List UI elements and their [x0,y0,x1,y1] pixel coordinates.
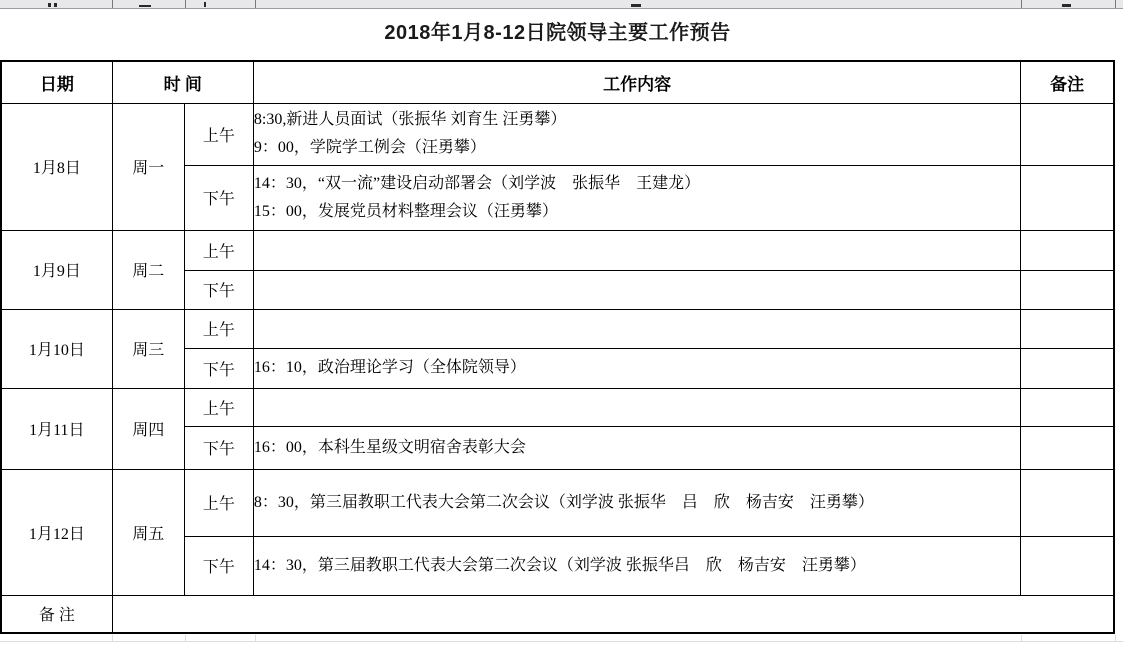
clipped-text-artifact [139,5,151,7]
period-cell-am[interactable]: 上午 [184,230,253,270]
period-cell-pm[interactable]: 下午 [184,165,253,230]
clipped-text-artifact [54,3,57,7]
worksheet: 2018年1月8-12日院领导主要工作预告 日期 时 间 工作内容 备注 1月8… [0,0,1123,645]
content-cell[interactable]: 16：00，本科生星级文明宿舍表彰大会 [253,426,1020,469]
schedule-entry: 16：00，本科生星级文明宿舍表彰大会 [254,434,1020,462]
weekday-cell[interactable]: 周一 [112,103,184,230]
content-cell[interactable] [253,270,1020,309]
gridline [1115,635,1116,642]
content-cell[interactable]: 14：30，第三届教职工代表大会第二次会议（刘学波 张振华吕 欣 杨吉安 汪勇攀… [253,536,1020,595]
weekday-cell[interactable]: 周五 [112,469,184,595]
content-cell[interactable]: 8:30,新进人员面试（张振华 刘育生 汪勇攀） 9：00，学院学工例会（汪勇攀… [253,103,1020,165]
schedule-table: 日期 时 间 工作内容 备注 1月8日 周一 上午 8:30,新进人员面试（张振… [0,60,1115,634]
content-cell[interactable] [253,388,1020,426]
date-cell[interactable]: 1月10日 [1,309,112,388]
schedule-entry: 8:30,新进人员面试（张振华 刘育生 汪勇攀） [254,106,1020,134]
table-row: 1月10日 周三 上午 [1,309,1114,348]
remark-cell[interactable] [1021,230,1114,270]
gridline [112,635,113,642]
column-gridline [1021,0,1022,8]
column-gridline [1115,0,1116,8]
content-cell[interactable] [253,309,1020,348]
remark-cell[interactable] [1021,103,1114,165]
weekday-cell[interactable]: 周二 [112,230,184,309]
clipped-row-strip [0,0,1123,9]
gridline [1021,635,1022,642]
schedule-entry: 14：30，第三届教职工代表大会第二次会议（刘学波 张振华吕 欣 杨吉安 汪勇攀… [254,552,1020,580]
content-cell[interactable]: 8：30，第三届教职工代表大会第二次会议（刘学波 张振华 吕 欣 杨吉安 汪勇攀… [253,469,1020,536]
content-cell[interactable]: 14：30，“双一流”建设启动部署会（刘学波 张振华 王建龙） 15：00，发展… [253,165,1020,230]
schedule-entry: 15：00，发展党员材料整理会议（汪勇攀） [254,198,1020,226]
schedule-title[interactable]: 2018年1月8-12日院领导主要工作预告 [0,12,1115,58]
date-cell[interactable]: 1月12日 [1,469,112,595]
period-cell-pm[interactable]: 下午 [184,348,253,388]
table-header-row: 日期 时 间 工作内容 备注 [1,61,1114,103]
period-cell-pm[interactable]: 下午 [184,426,253,469]
weekday-cell[interactable]: 周四 [112,388,184,469]
remark-cell[interactable] [1021,348,1114,388]
gridline [255,635,256,642]
remark-cell[interactable] [1021,469,1114,536]
schedule-entry: 8：30，第三届教职工代表大会第二次会议（刘学波 张振华 吕 欣 杨吉安 汪勇攀… [254,489,1020,517]
footer-remark-value[interactable] [112,595,1114,633]
column-gridline [185,0,186,8]
remark-cell[interactable] [1021,309,1114,348]
period-cell-am[interactable]: 上午 [184,309,253,348]
remark-cell[interactable] [1021,270,1114,309]
column-gridline [255,0,256,8]
content-cell[interactable] [253,230,1020,270]
period-cell-pm[interactable]: 下午 [184,536,253,595]
period-cell-am[interactable]: 上午 [184,103,253,165]
header-time[interactable]: 时 间 [112,61,253,103]
remark-cell[interactable] [1021,426,1114,469]
table-row: 1月12日 周五 上午 8：30，第三届教职工代表大会第二次会议（刘学波 张振华… [1,469,1114,536]
period-cell-am[interactable]: 上午 [184,469,253,536]
footer-remark-label[interactable]: 备 注 [1,595,112,633]
content-cell[interactable]: 16：10，政治理论学习（全体院领导） [253,348,1020,388]
header-content[interactable]: 工作内容 [253,61,1020,103]
table-row: 1月9日 周二 上午 [1,230,1114,270]
weekday-cell[interactable]: 周三 [112,309,184,388]
header-remark[interactable]: 备注 [1021,61,1114,103]
date-cell[interactable]: 1月11日 [1,388,112,469]
remark-cell[interactable] [1021,165,1114,230]
period-cell-am[interactable]: 上午 [184,388,253,426]
clipped-text-artifact [631,4,641,7]
date-cell[interactable]: 1月8日 [1,103,112,230]
date-cell[interactable]: 1月9日 [1,230,112,309]
remark-cell[interactable] [1021,388,1114,426]
table-row: 1月8日 周一 上午 8:30,新进人员面试（张振华 刘育生 汪勇攀） 9：00… [1,103,1114,165]
table-row: 1月11日 周四 上午 [1,388,1114,426]
clipped-text-artifact [204,2,206,7]
gridline [185,635,186,642]
schedule-entry: 14：30，“双一流”建设启动部署会（刘学波 张振华 王建龙） [254,170,1020,198]
column-gridline [112,0,113,8]
gridline [0,641,1123,642]
schedule-entry: 16：10，政治理论学习（全体院领导） [254,354,1020,382]
remark-cell[interactable] [1021,536,1114,595]
table-footer-row: 备 注 [1,595,1114,633]
header-date[interactable]: 日期 [1,61,112,103]
schedule-entry: 9：00，学院学工例会（汪勇攀） [254,134,1020,162]
clipped-text-artifact [1062,4,1071,7]
period-cell-pm[interactable]: 下午 [184,270,253,309]
clipped-text-artifact [48,3,51,7]
